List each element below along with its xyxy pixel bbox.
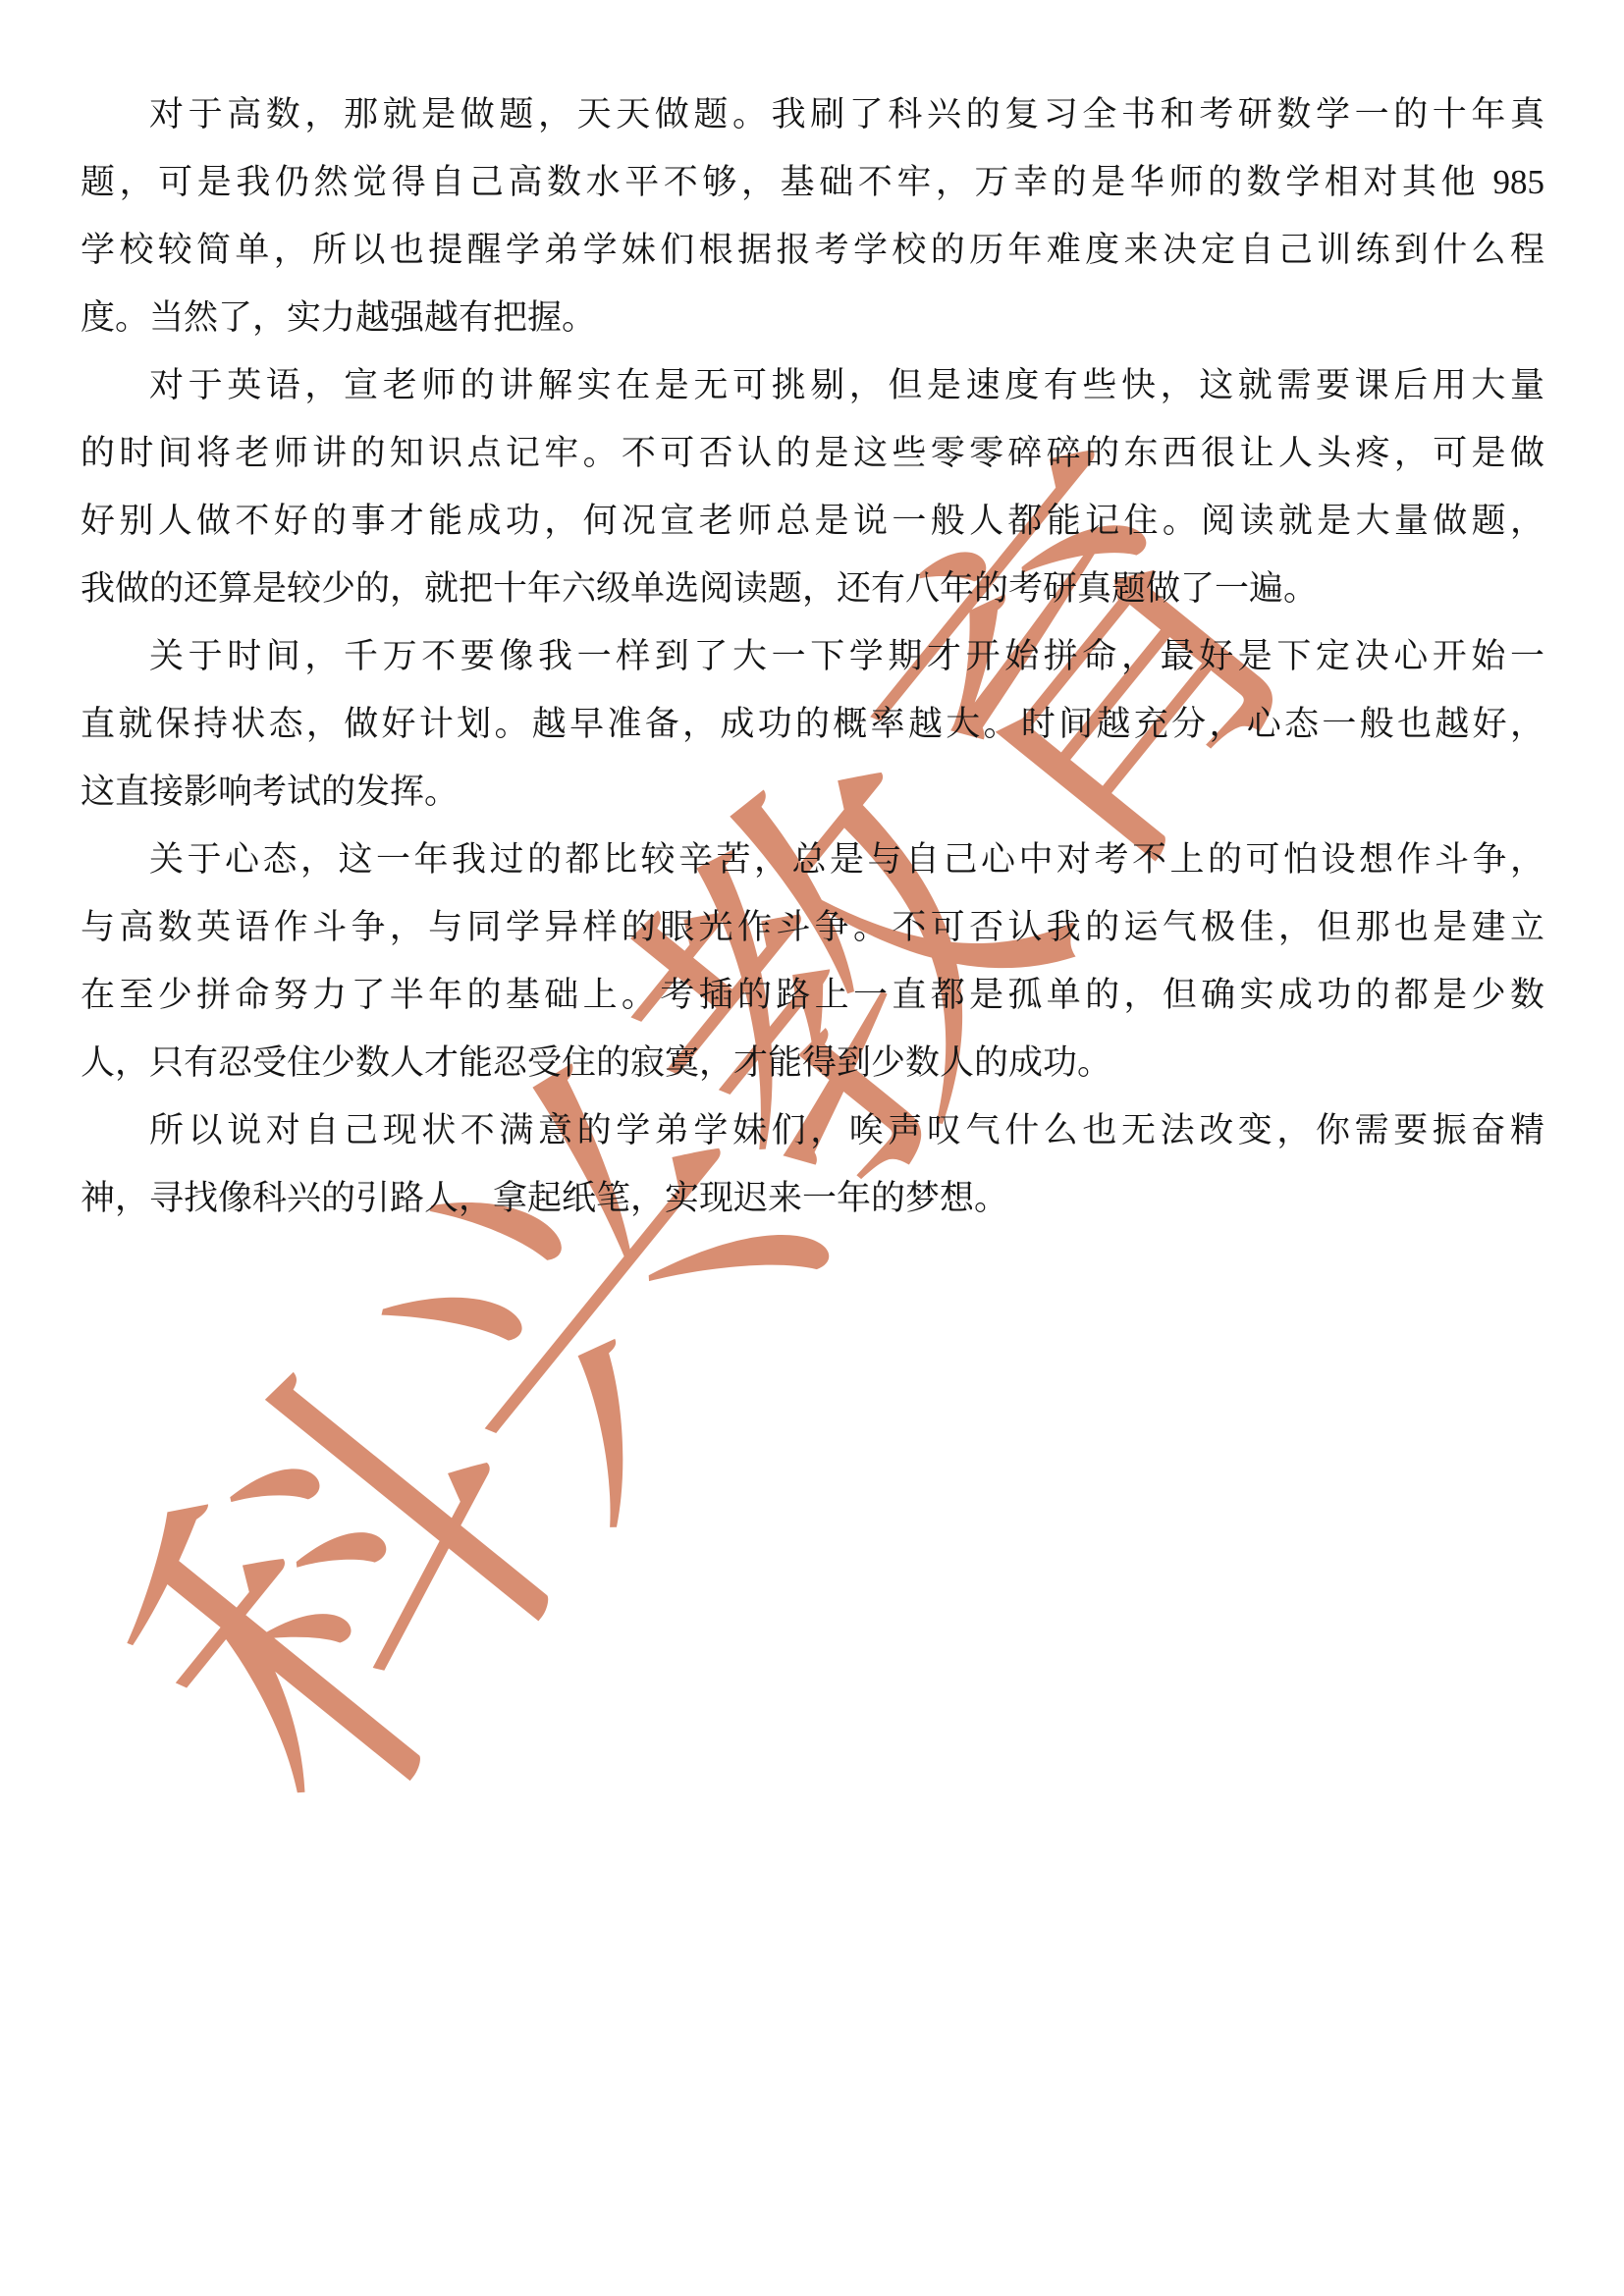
text-line: 与高数英语作斗争，与同学异样的眼光作斗争。不可否认我的运气极佳，但那也是建立 bbox=[81, 893, 1544, 961]
text-line: 这直接影响考试的发挥。 bbox=[81, 758, 1544, 826]
text-line: 关于心态，这一年我过的都比较辛苦，总是与自己心中对考不上的可怕设想作斗争， bbox=[81, 826, 1544, 893]
text-line: 度。当然了，实力越强越有把握。 bbox=[81, 284, 1544, 351]
text-line: 直就保持状态，做好计划。越早准备，成功的概率越大。时间越充分，心态一般也越好， bbox=[81, 690, 1544, 758]
text-line: 题，可是我仍然觉得自己高数水平不够，基础不牢，万幸的是华师的数学相对其他 985 bbox=[81, 148, 1544, 216]
text-line: 在至少拼命努力了半年的基础上。考插的路上一直都是孤单的，但确实成功的都是少数 bbox=[81, 961, 1544, 1029]
document-body: 对于高数，那就是做题，天天做题。我刷了科兴的复习全书和考研数学一的十年真题，可是… bbox=[81, 0, 1544, 1232]
text-line: 的时间将老师讲的知识点记牢。不可否认的是这些零零碎碎的东西很让人头疼，可是做 bbox=[81, 419, 1544, 487]
text-line: 对于英语，宣老师的讲解实在是无可挑剔，但是速度有些快，这就需要课后用大量 bbox=[81, 351, 1544, 419]
text-line: 所以说对自己现状不满意的学弟学妹们，唉声叹气什么也无法改变，你需要振奋精 bbox=[81, 1096, 1544, 1164]
text-line: 关于时间，千万不要像我一样到了大一下学期才开始拼命，最好是下定决心开始一 bbox=[81, 622, 1544, 690]
text-line: 学校较简单，所以也提醒学弟学妹们根据报考学校的历年难度来决定自己训练到什么程 bbox=[81, 216, 1544, 284]
text-line: 对于高数，那就是做题，天天做题。我刷了科兴的复习全书和考研数学一的十年真 bbox=[81, 80, 1544, 148]
document-page: 科兴教育 对于高数，那就是做题，天天做题。我刷了科兴的复习全书和考研数学一的十年… bbox=[0, 0, 1624, 2296]
text-line: 神，寻找像科兴的引路人，拿起纸笔，实现迟来一年的梦想。 bbox=[81, 1164, 1544, 1232]
text-line: 人，只有忍受住少数人才能忍受住的寂寞，才能得到少数人的成功。 bbox=[81, 1029, 1544, 1096]
text-line: 我做的还算是较少的，就把十年六级单选阅读题，还有八年的考研真题做了一遍。 bbox=[81, 555, 1544, 622]
text-line: 好别人做不好的事才能成功，何况宣老师总是说一般人都能记住。阅读就是大量做题， bbox=[81, 487, 1544, 555]
